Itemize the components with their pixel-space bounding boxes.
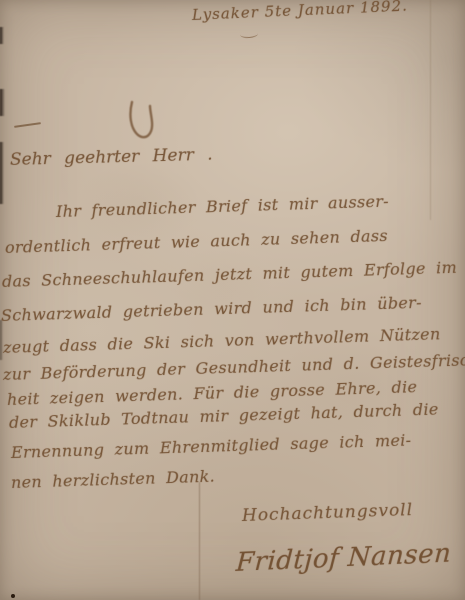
body-line: nen herzlichsten Dank. — [11, 467, 216, 492]
body-line: das Schneeschuhlaufen jetzt mit gutem Er… — [2, 258, 458, 291]
left-edge-shadow — [0, 27, 4, 44]
signature: Fridtjof Nansen — [235, 539, 452, 579]
salutation-line: Sehr geehrter Herr . — [10, 145, 213, 170]
ink-blot-u-mark — [126, 100, 160, 142]
stray-pen-stroke — [14, 122, 41, 128]
body-line: zeugt dass die Ski sich von werthvollem … — [3, 324, 441, 357]
underline-flourish — [240, 29, 259, 38]
paper-crease — [430, 0, 431, 220]
paper-crease — [199, 482, 200, 600]
date-line: Lysaker 5te Januar 1892. — [192, 0, 409, 24]
body-line: Schwarzwald getrieben wird und ich bin ü… — [1, 293, 422, 325]
paper-speck — [11, 594, 15, 598]
body-line: Ihr freundlicher Brief ist mir ausser- — [56, 192, 389, 221]
body-line: Ernennung zum Ehrenmitglied sage ich mei… — [11, 430, 412, 462]
closing-line: Hochachtungsvoll — [242, 500, 414, 526]
left-edge-shadow — [0, 142, 4, 204]
left-edge-shadow — [0, 89, 5, 116]
body-line: ordentlich erfreut wie auch zu sehen das… — [5, 226, 388, 257]
letter-photograph: Lysaker 5te Januar 1892. Sehr geehrter H… — [0, 0, 465, 600]
